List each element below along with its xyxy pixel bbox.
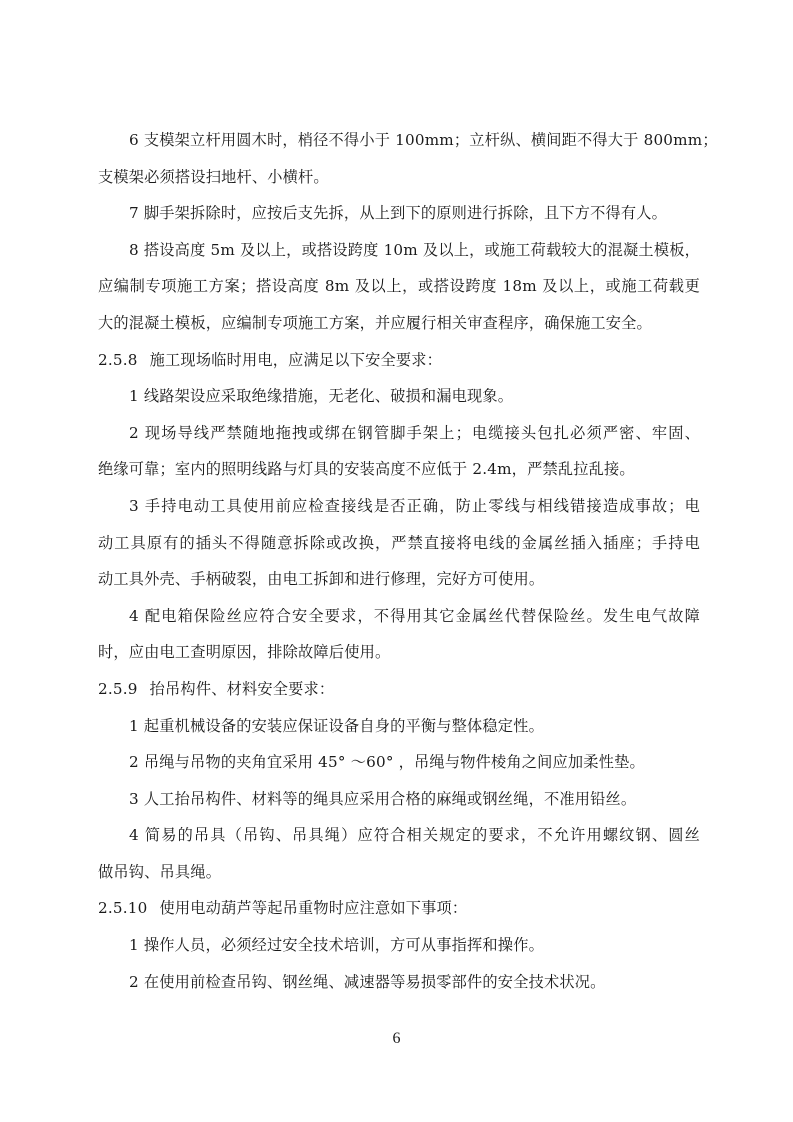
paragraph-line: 动工具外壳、手柄破裂，由电工拆卸和进行修理，完好方可使用。: [98, 565, 700, 602]
paragraph-line: 支模架必须搭设扫地杆、小横杆。: [98, 163, 700, 200]
section-number: 2.5.9: [98, 675, 138, 703]
paragraph-line: 2 现场导线严禁随地拖拽或绑在钢管脚手架上；电缆接头包扎必须严密、牢固、: [98, 419, 700, 456]
section-number: 2.5.10: [98, 894, 148, 922]
paragraph-line: 1 线路架设应采取绝缘措施，无老化、破损和漏电现象。: [98, 382, 700, 419]
paragraph-line: 4 配电箱保险丝应符合安全要求，不得用其它金属丝代替保险丝。发生电气故障: [98, 602, 700, 639]
paragraph-line: 大的混凝土模板，应编制专项施工方案，并应履行相关审查程序，确保施工安全。: [98, 309, 700, 346]
paragraph-line: 2 在使用前检查吊钩、钢丝绳、减速器等易损零部件的安全技术状况。: [98, 968, 700, 1005]
paragraph-line: 3 人工抬吊构件、材料等的绳具应采用合格的麻绳或钢丝绳，不准用铅丝。: [98, 785, 700, 822]
section-title: 施工现场临时用电，应满足以下安全要求：: [150, 351, 442, 369]
page-number: 6: [0, 1030, 793, 1048]
paragraph-line: 时，应由电工查明原因，排除故障后使用。: [98, 638, 700, 675]
document-body: 6 支模架立杆用圆木时，梢径不得小于 100mm；立杆纵、横间距不得大于 800…: [98, 126, 700, 1004]
section-heading-2-5-8: 2.5.8施工现场临时用电，应满足以下安全要求：: [98, 346, 700, 383]
section-heading-2-5-9: 2.5.9抬吊构件、材料安全要求：: [98, 675, 700, 712]
paragraph-line: 8 搭设高度 5m 及以上，或搭设跨度 10m 及以上，或施工荷载较大的混凝土模…: [98, 236, 700, 273]
paragraph-line: 4 简易的吊具（吊钩、吊具绳）应符合相关规定的要求，不允许用螺纹钢、圆丝: [98, 821, 700, 858]
paragraph-line: 3 手持电动工具使用前应检查接线是否正确，防止零线与相线错接造成事故；电: [98, 492, 700, 529]
section-number: 2.5.8: [98, 346, 138, 374]
paragraph-line: 2 吊绳与吊物的夹角宜采用 45° ～60° ，吊绳与物件棱角之间应加柔性垫。: [98, 748, 700, 785]
paragraph-line: 动工具原有的插头不得随意拆除或改换，严禁直接将电线的金属丝插入插座；手持电: [98, 529, 700, 566]
paragraph-line: 1 操作人员，必须经过安全技术培训，方可从事指挥和操作。: [98, 931, 700, 968]
section-title: 使用电动葫芦等起吊重物时应注意如下事项：: [160, 899, 468, 917]
paragraph-line: 6 支模架立杆用圆木时，梢径不得小于 100mm；立杆纵、横间距不得大于 800…: [98, 126, 700, 163]
paragraph-line: 应编制专项施工方案；搭设高度 8m 及以上，或搭设跨度 18m 及以上，或施工荷…: [98, 272, 700, 309]
paragraph-line: 7 脚手架拆除时，应按后支先拆，从上到下的原则进行拆除，且下方不得有人。: [98, 199, 700, 236]
paragraph-line: 做吊钩、吊具绳。: [98, 858, 700, 895]
paragraph-line: 绝缘可靠；室内的照明线路与灯具的安装高度不应低于 2.4m，严禁乱拉乱接。: [98, 455, 700, 492]
section-heading-2-5-10: 2.5.10使用电动葫芦等起吊重物时应注意如下事项：: [98, 894, 700, 931]
section-title: 抬吊构件、材料安全要求：: [150, 680, 335, 698]
paragraph-line: 1 起重机械设备的安装应保证设备自身的平衡与整体稳定性。: [98, 712, 700, 749]
